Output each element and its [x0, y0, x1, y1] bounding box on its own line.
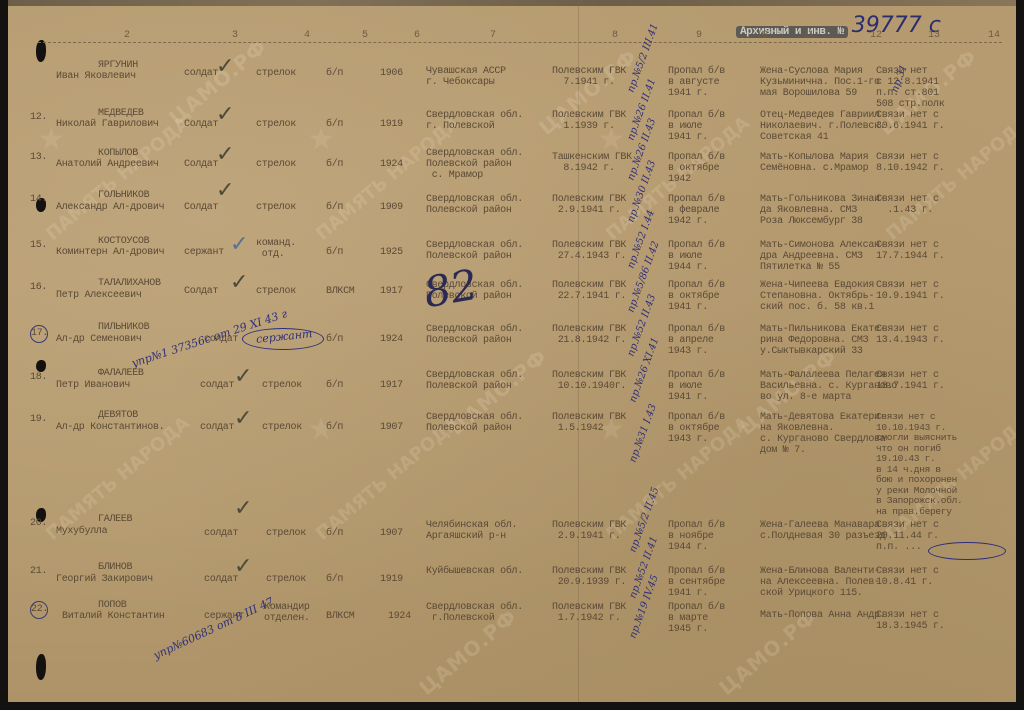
last-contact: Связи нет с 10.8.41 г.: [876, 566, 939, 588]
ink-annotation: пр.№31 I.43: [629, 403, 659, 464]
relative: Жена-Галеева Манавара с.Полдневая 30 раз…: [760, 520, 885, 542]
checkmark-icon: ✓: [230, 272, 248, 294]
row-number: 17.: [30, 325, 48, 343]
birth-year: 1917: [380, 286, 403, 297]
last-contact: Связи нет с 10.10.1943 г. смогли выяснит…: [876, 412, 962, 517]
drafted: Полевским ГВК 10.10.1940г.: [552, 370, 626, 392]
relative: Мать-Девятова Екатери- на Яковлевна. с. …: [760, 412, 885, 456]
surname: БЛИНОВ: [98, 562, 132, 573]
checkmark-icon: ✓: [216, 180, 234, 202]
table-row: 12. МЕДВЕДЕВ Николай Гаврилович Солдат ✓…: [8, 108, 1016, 152]
role: стрелок: [256, 119, 296, 130]
table-row: 15. КОСТОУСОВ Коминтерн Ал-дрович сержан…: [8, 236, 1016, 280]
role: стрелок: [262, 422, 302, 433]
surname: ПИЛЬНИКОВ: [98, 322, 149, 333]
party: б/п: [326, 159, 343, 170]
given-name: Мухубулла: [56, 526, 107, 537]
surname: ЯРГУНИН: [98, 60, 138, 71]
relative: Мать-Копылова Мария Семёновна. с.Мрамор: [760, 152, 868, 174]
birthplace: Челябинская обл. Аргаяшский р-н: [426, 520, 517, 542]
table-row: 18. ФАЛАЛЕЕВ Петр Иванович солдат ✓ стре…: [8, 368, 1016, 412]
table-row: 17. ПИЛЬНИКОВ Ал-др Семенович солдат упр…: [8, 322, 1016, 366]
birth-year: 1919: [380, 574, 403, 585]
rank: солдат: [204, 528, 238, 539]
document-page: ЦАМО.РФ ЦАМО.РФ ЦАМО.РФ ЦАМО.РФ ЦАМО.РФ …: [8, 0, 1016, 702]
role: стрелок: [266, 528, 306, 539]
given-name: Иван Яковлевич: [56, 71, 136, 82]
party: ВЛКСМ: [326, 286, 355, 297]
birth-year: 1924: [388, 611, 411, 622]
birthplace: Свердловская обл. г.Полевской: [426, 602, 523, 624]
birthplace: Свердловская обл. г. Полевской: [426, 110, 523, 132]
column-number: 6: [414, 30, 420, 41]
rank: сержант: [184, 247, 224, 258]
fate: Пропал б/в в октябре 1942: [668, 152, 725, 185]
surname: ТАЛАЛИХАНОВ: [98, 278, 161, 289]
given-name: Ал-др Константинов.: [56, 422, 164, 433]
column-number: 10: [756, 30, 768, 41]
party: б/п: [326, 68, 343, 79]
birth-year: 1907: [380, 422, 403, 433]
column-number: 2: [124, 30, 130, 41]
role: команд. отд.: [256, 238, 296, 260]
surname: ФАЛАЛЕЕВ: [98, 368, 144, 379]
party: б/п: [326, 119, 343, 130]
fate: Пропал б/в в феврале 1942 г.: [668, 194, 725, 227]
given-name: Николай Гаврилович: [56, 119, 159, 130]
punch-hole: [36, 40, 46, 62]
birth-year: 1919: [380, 119, 403, 130]
table-row: 20. ГАЛЕЕВ Мухубулла солдат ✓ стрелок б/…: [8, 514, 1016, 558]
given-name: Георгий Закирович: [56, 574, 153, 585]
table-row: 19. ДЕВЯТОВ Ал-др Константинов. солдат ✓…: [8, 410, 1016, 500]
column-number: 13: [928, 30, 940, 41]
role: стрелок: [256, 159, 296, 170]
column-number: 7: [490, 30, 496, 41]
role: стрелок: [256, 286, 296, 297]
relative: Жена-Чипеева Евдокия Степановна. Октябрь…: [760, 280, 874, 313]
drafted: Полевским ГВК 2.9.1941 г.: [552, 520, 626, 542]
birth-year: 1907: [380, 528, 403, 539]
fate: Пропал б/в в августе 1941 г.: [668, 66, 725, 99]
drafted: Полевским ГВК 27.4.1943 г.: [552, 240, 626, 262]
row-number: 16.: [30, 282, 47, 293]
rank: солдат: [200, 380, 234, 391]
checkmark-icon: ✓: [216, 56, 234, 78]
role: стрелок: [256, 68, 296, 79]
relative: Жена-Суслова Мария Кузьминична. Пос.1-го…: [760, 66, 880, 99]
rank: Солдат: [184, 202, 218, 213]
last-contact: Связи нет с 13.4.1943 г.: [876, 324, 944, 346]
role: стрелок: [256, 202, 296, 213]
fate: Пропал б/в в марте 1945 г.: [668, 602, 725, 635]
given-name: Ал-др Семенович: [56, 334, 142, 345]
handwritten-number: 82: [420, 260, 481, 318]
last-contact: Связи нет с 18.7.1941 г.: [876, 370, 944, 392]
fate: Пропал б/в в июле 1941 г.: [668, 110, 725, 143]
checkmark-icon: ✓: [234, 408, 252, 430]
role: стрелок: [266, 574, 306, 585]
surname: ПОПОВ: [98, 600, 127, 611]
last-contact: Связи нет с 12.8.1941 п.п. ст.801 508 ст…: [876, 66, 944, 110]
birthplace: Свердловская обл. Полевской район: [426, 240, 523, 262]
rank: солдат: [184, 68, 218, 79]
checkmark-icon: ✓: [234, 498, 252, 520]
fate: Пропал б/в в ноябре 1944 г.: [668, 520, 725, 553]
last-contact: Связи нет с 18.3.1945 г.: [876, 610, 944, 632]
party: ВЛКСМ: [326, 611, 355, 622]
column-number: 3: [232, 30, 238, 41]
row-number: 13.: [30, 152, 47, 163]
row-number: 12.: [30, 112, 47, 123]
surname: КОПЫЛОВ: [98, 148, 138, 159]
relative: Мать-Пильникова Екате- рина Федоровна. С…: [760, 324, 885, 357]
party: б/п: [326, 380, 343, 391]
party: б/п: [326, 422, 343, 433]
table-row: 13. КОПЫЛОВ Анатолий Андреевич Солдат ✓ …: [8, 148, 1016, 192]
fate: Пропал б/в в июле 1941 г.: [668, 370, 725, 403]
checkmark-icon: ✓: [230, 234, 248, 256]
last-contact: Связи нет с 10.9.1941 г.: [876, 280, 944, 302]
given-name: Петр Иванович: [56, 380, 130, 391]
checkmark-icon: ✓: [216, 144, 234, 166]
fate: Пропал б/в в апреле 1943 г.: [668, 324, 725, 357]
checkmark-icon: ✓: [234, 556, 252, 578]
relative: Отец-Медведев Гавриил Николаевич. г.Поле…: [760, 110, 885, 143]
birthplace: Свердловская обл. Полевской район с. Мра…: [426, 148, 523, 181]
party: б/п: [326, 574, 343, 585]
table-row: 16. ТАЛАЛИХАНОВ Петр Алексеевич Солдат ✓…: [8, 278, 1016, 322]
fate: Пропал б/в в октябре 1943 г.: [668, 412, 725, 445]
birth-year: 1924: [380, 159, 403, 170]
drafted: Полевским ГВК 2.9.1941 г.: [552, 194, 626, 216]
row-number: 18.: [30, 372, 47, 383]
party: б/п: [326, 334, 343, 345]
birthplace: Свердловская обл. Полевской район: [426, 412, 523, 434]
birthplace: Куйбышевская обл.: [426, 566, 523, 577]
column-number: 14: [988, 30, 1000, 41]
drafted: Полевским ГВК 22.7.1941 г.: [552, 280, 626, 302]
last-contact: Связи нет с 30.6.1941 г.: [876, 110, 944, 132]
handwritten-side-note: упр№60683 от 8 III 47: [151, 595, 275, 662]
rank: Солдат: [184, 119, 218, 130]
drafted: Полевским ГВК 1.1939 г.: [552, 110, 626, 132]
given-name: Виталий Константин: [62, 611, 165, 622]
birthplace: Свердловская обл. Полевской район: [426, 194, 523, 216]
given-name: Анатолий Андреевич: [56, 159, 159, 170]
last-contact: Связи нет с 8.10.1942 г.: [876, 152, 944, 174]
last-contact: Связи нет с .1.43 г.: [876, 194, 939, 216]
row-number: 22.: [30, 601, 48, 619]
party: б/п: [326, 247, 343, 258]
relative: Жена-Блинова Валенти- на Алексеевна. Пол…: [760, 566, 880, 599]
fate: Пропал б/в в июле 1944 г.: [668, 240, 725, 273]
column-number: 9: [696, 30, 702, 41]
header-rule: [38, 42, 1002, 43]
party: б/п: [326, 528, 343, 539]
row-number: 14.: [30, 194, 47, 205]
drafted: Ташкенским ГВК 8.1942 г.: [552, 152, 632, 174]
row-number: 21.: [30, 566, 47, 577]
last-contact: Связи нет с 17.7.1944 г.: [876, 240, 944, 262]
birthplace: Свердловская обл. Полевской район: [426, 324, 523, 346]
surname: ДЕВЯТОВ: [98, 410, 138, 421]
table-row: ЯРГУНИН Иван Яковлевич солдат ✓ стрелок …: [8, 60, 1016, 104]
rank: солдат: [200, 422, 234, 433]
circled-note: [928, 542, 1006, 560]
role: стрелок: [262, 380, 302, 391]
surname: МЕДВЕДЕВ: [98, 108, 144, 119]
birth-year: 1924: [380, 334, 403, 345]
birth-year: 1909: [380, 202, 403, 213]
relative: Мать-Гольникова Зинаи- да Яковлевна. СМЗ…: [760, 194, 885, 227]
column-number: 4: [304, 30, 310, 41]
column-number: 5: [362, 30, 368, 41]
checkmark-icon: ✓: [216, 104, 234, 126]
row-number: 15.: [30, 240, 47, 251]
row-number: 20.: [30, 518, 47, 529]
fate: Пропал б/в в сентябре 1941 г.: [668, 566, 725, 599]
relative: Мать-Симонова Алексан- дра Андреевна. СМ…: [760, 240, 885, 273]
party: б/п: [326, 202, 343, 213]
given-name: Александр Ал-дрович: [56, 202, 164, 213]
drafted: Полевским ГВК 1.5.1942: [552, 412, 626, 434]
drafted: Полевским ГВК 21.8.1942 г.: [552, 324, 626, 346]
archive-stamp-label: Архивный и инв. №: [736, 26, 848, 38]
given-name: Коминтерн Ал-дрович: [56, 247, 164, 258]
checkmark-icon: ✓: [234, 366, 252, 388]
rank: Солдат: [184, 159, 218, 170]
top-edge-band: [8, 0, 1016, 6]
drafted: Полевским ГВК 20.9.1939 г.: [552, 566, 626, 588]
surname: КОСТОУСОВ: [98, 236, 149, 247]
table-row: 22. ПОПОВ Виталий Константин сержант упр…: [8, 600, 1016, 670]
birth-year: 1917: [380, 380, 403, 391]
surname: ГОЛЬНИКОВ: [98, 190, 149, 201]
drafted: Полевским ГВК 1.7.1942 г.: [552, 602, 626, 624]
rank: Солдат: [184, 286, 218, 297]
birthplace: Чувашская АССР г. Чебоксары: [426, 66, 506, 88]
column-number: 11: [802, 30, 814, 41]
relative: Мать-Попова Анна Андр.: [760, 610, 885, 621]
table-row: 14. ГОЛЬНИКОВ Александр Ал-дрович Солдат…: [8, 190, 1016, 234]
given-name: Петр Алексеевич: [56, 290, 142, 301]
fate: Пропал б/в в октябре 1941 г.: [668, 280, 725, 313]
role: Командир отделен.: [264, 602, 310, 624]
drafted: Полевским ГВК 7.1941 г.: [552, 66, 626, 88]
birth-year: 1925: [380, 247, 403, 258]
birthplace: Свердловская обл. Полевской район: [426, 370, 523, 392]
column-number: 8: [612, 30, 618, 41]
birth-year: 1906: [380, 68, 403, 79]
surname: ГАЛЕЕВ: [98, 514, 132, 525]
row-number: 19.: [30, 414, 47, 425]
column-number: 12: [870, 30, 882, 41]
